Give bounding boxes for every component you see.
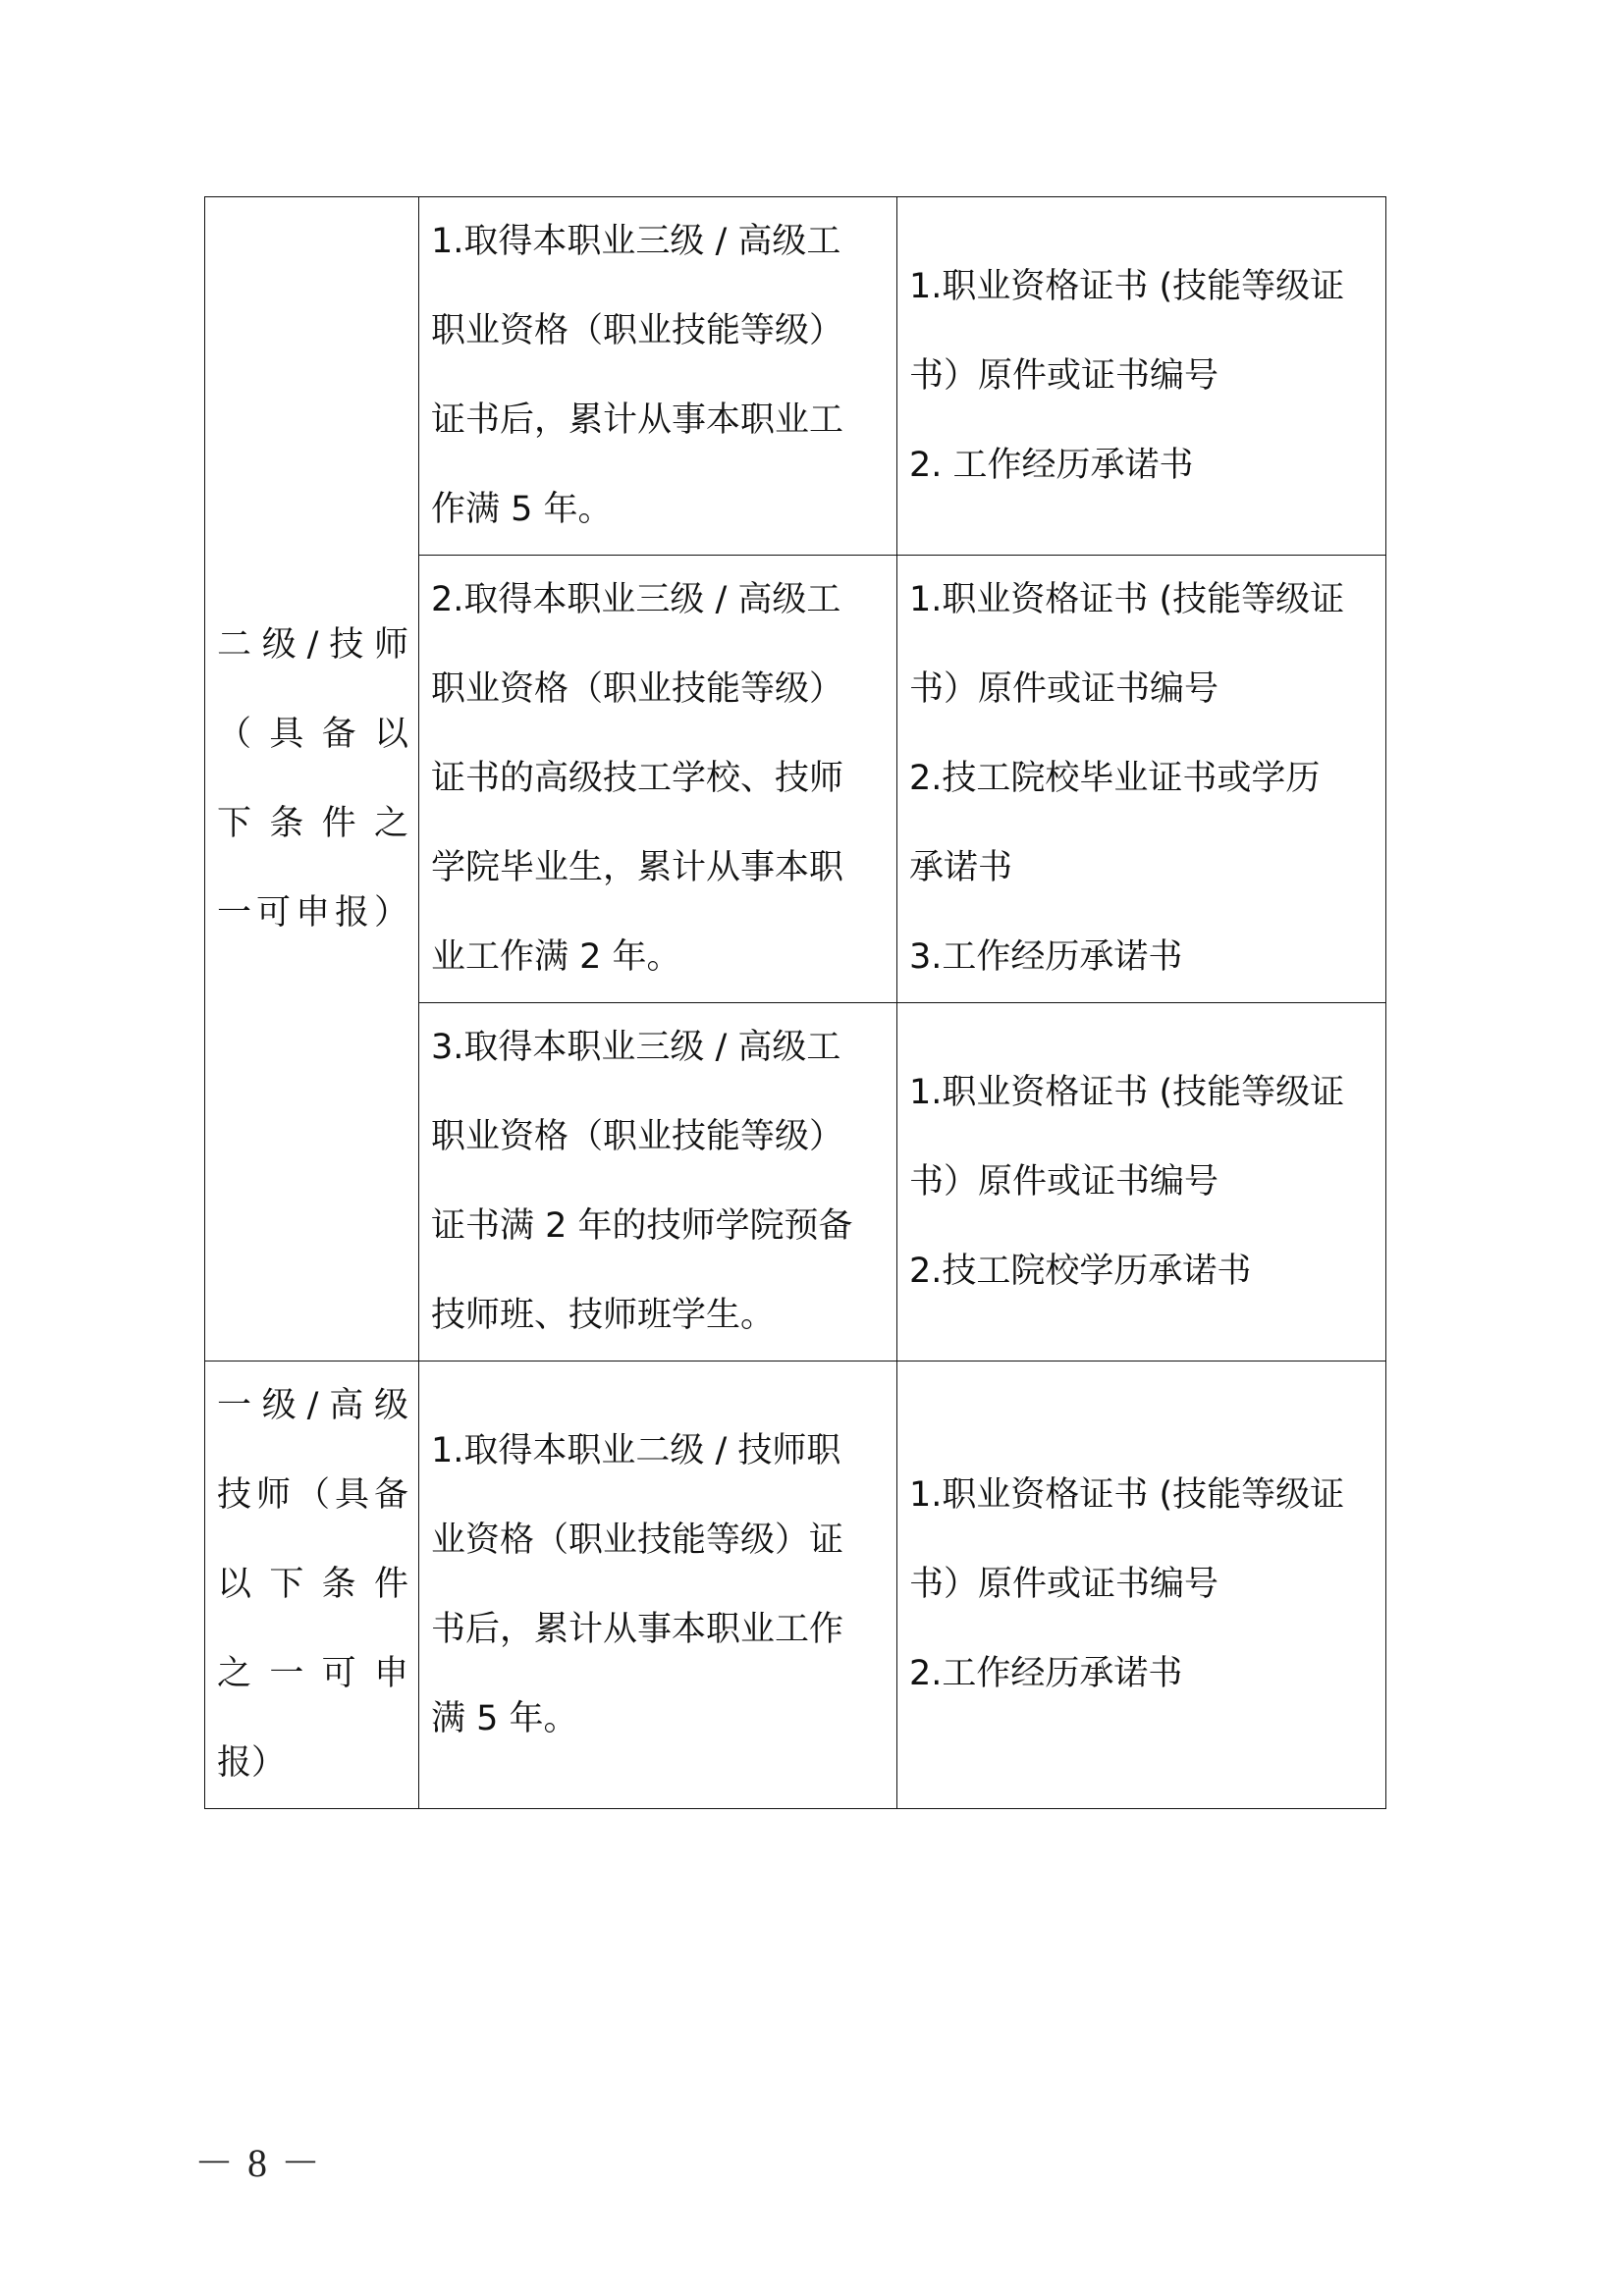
materials-cell: 1.职业资格证书 (技能等级证 书）原件或证书编号 2.工作经历承诺书 xyxy=(897,1362,1386,1809)
level-text: 一级/高级 xyxy=(217,1362,408,1451)
condition-text: 职业资格（职业技能等级） xyxy=(431,645,887,734)
materials-text: 书）原件或证书编号 xyxy=(909,1540,1376,1629)
level-text: 以下条件 xyxy=(217,1540,408,1629)
condition-text: 2.取得本职业三级 / 高级工 xyxy=(431,556,887,645)
condition-text: 职业资格（职业技能等级） xyxy=(431,1093,887,1182)
condition-text: 1.取得本职业三级 / 高级工 xyxy=(431,197,887,287)
level-text: 下条件之 xyxy=(217,779,408,869)
materials-text: 1.职业资格证书 (技能等级证 xyxy=(909,242,1376,332)
condition-text: 作满 5 年。 xyxy=(431,465,887,555)
condition-text: 证书的高级技工学校、技师 xyxy=(431,734,887,824)
table-row: 二级/技师 （具备以 下条件之 一可申报） 1.取得本职业三级 / 高级工 职业… xyxy=(205,197,1386,556)
materials-text: 2. 工作经历承诺书 xyxy=(909,421,1376,510)
application-requirements-table: 二级/技师 （具备以 下条件之 一可申报） 1.取得本职业三级 / 高级工 职业… xyxy=(204,196,1386,1809)
materials-text: 1.职业资格证书 (技能等级证 xyxy=(909,1048,1376,1138)
materials-text: 1.职业资格证书 (技能等级证 xyxy=(909,556,1376,645)
condition-text: 3.取得本职业三级 / 高级工 xyxy=(431,1003,887,1093)
level-cell-senior-technician: 一级/高级 技师（具备 以下条件 之一可申 报） xyxy=(205,1362,419,1809)
materials-cell: 1.职业资格证书 (技能等级证 书）原件或证书编号 2. 工作经历承诺书 xyxy=(897,197,1386,556)
materials-text: 书）原件或证书编号 xyxy=(909,1138,1376,1227)
condition-text: 证书后，累计从事本职业工 xyxy=(431,376,887,465)
condition-text: 职业资格（职业技能等级） xyxy=(431,287,887,376)
materials-text: 3.工作经历承诺书 xyxy=(909,913,1376,1002)
document-page: 二级/技师 （具备以 下条件之 一可申报） 1.取得本职业三级 / 高级工 职业… xyxy=(0,0,1624,2296)
condition-text: 1.取得本职业二级 / 技师职 xyxy=(431,1407,887,1496)
condition-cell: 1.取得本职业三级 / 高级工 职业资格（职业技能等级） 证书后，累计从事本职业… xyxy=(419,197,897,556)
materials-cell: 1.职业资格证书 (技能等级证 书）原件或证书编号 2.技工院校毕业证书或学历 … xyxy=(897,556,1386,1003)
condition-cell: 2.取得本职业三级 / 高级工 职业资格（职业技能等级） 证书的高级技工学校、技… xyxy=(419,556,897,1003)
condition-cell: 3.取得本职业三级 / 高级工 职业资格（职业技能等级） 证书满 2 年的技师学… xyxy=(419,1003,897,1362)
page-number: － 8 － xyxy=(194,2132,322,2188)
condition-text: 证书满 2 年的技师学院预备 xyxy=(431,1182,887,1271)
materials-text: 承诺书 xyxy=(909,824,1376,913)
materials-text: 书）原件或证书编号 xyxy=(909,332,1376,421)
level-text: 一可申报） xyxy=(217,869,408,958)
level-cell-technician: 二级/技师 （具备以 下条件之 一可申报） xyxy=(205,197,419,1362)
level-text: 技师（具备 xyxy=(217,1451,408,1540)
condition-text: 书后，累计从事本职业工作 xyxy=(431,1585,887,1675)
materials-cell: 1.职业资格证书 (技能等级证 书）原件或证书编号 2.技工院校学历承诺书 xyxy=(897,1003,1386,1362)
level-text: （具备以 xyxy=(217,690,408,779)
materials-text: 书）原件或证书编号 xyxy=(909,645,1376,734)
materials-text: 2.技工院校毕业证书或学历 xyxy=(909,734,1376,824)
condition-text: 业资格（职业技能等级）证 xyxy=(431,1496,887,1585)
materials-text: 2.工作经历承诺书 xyxy=(909,1629,1376,1719)
condition-text: 技师班、技师班学生。 xyxy=(431,1271,887,1361)
level-text: 报） xyxy=(217,1719,408,1808)
table-row: 一级/高级 技师（具备 以下条件 之一可申 报） 1.取得本职业二级 / 技师职… xyxy=(205,1362,1386,1809)
condition-text: 业工作满 2 年。 xyxy=(431,913,887,1002)
condition-cell: 1.取得本职业二级 / 技师职 业资格（职业技能等级）证 书后，累计从事本职业工… xyxy=(419,1362,897,1809)
condition-text: 学院毕业生，累计从事本职 xyxy=(431,824,887,913)
materials-text: 1.职业资格证书 (技能等级证 xyxy=(909,1451,1376,1540)
materials-text: 2.技工院校学历承诺书 xyxy=(909,1227,1376,1316)
condition-text: 满 5 年。 xyxy=(431,1675,887,1764)
level-text: 之一可申 xyxy=(217,1629,408,1719)
level-text: 二级/技师 xyxy=(217,601,408,690)
